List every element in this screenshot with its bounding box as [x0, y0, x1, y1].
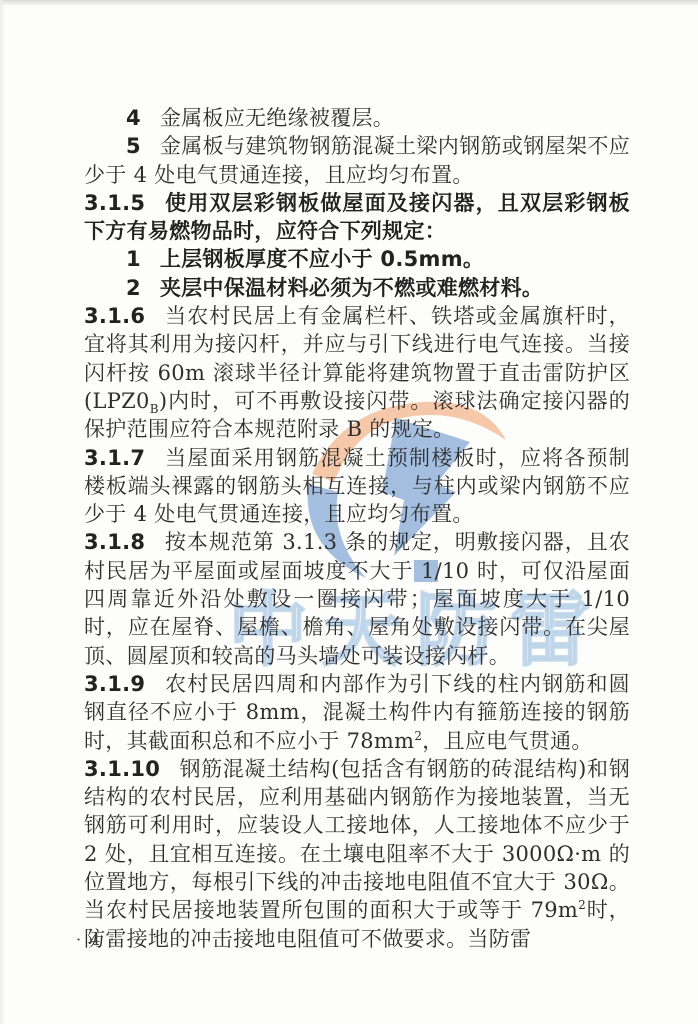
item-text: 使用双层彩钢板做屋面及接闪器，且双层彩钢板下方有易燃物品时，应符合下列规定：	[84, 191, 630, 243]
list-item-1: 1上层钢板厚度不应小于 0.5mm。	[84, 245, 630, 273]
list-item-4: 4金属板应无绝缘被覆层。	[84, 104, 630, 132]
item-number: 3.1.6	[84, 304, 145, 328]
item-number: 3.1.7	[84, 446, 145, 470]
clause-3.1.7: 3.1.7当屋面采用钢筋混凝土预制楼板时，应将各预制楼板端头裸露的钢筋头相互连接…	[84, 444, 630, 529]
item-number: 3.1.9	[84, 672, 145, 696]
item-number: 3.1.5	[84, 191, 145, 215]
document-page: 中天防雷 4金属板应无绝缘被覆层。5金属板与建筑物钢筋混凝土梁内钢筋或钢屋架不应…	[0, 0, 698, 1024]
item-text: 当屋面采用钢筋混凝土预制楼板时，应将各预制楼板端头裸露的钢筋头相互连接，与柱内或…	[84, 446, 630, 527]
page-number: · 4 ·	[76, 930, 117, 949]
item-text: 上层钢板厚度不应小于 0.5mm。	[160, 247, 484, 271]
scan-top-edge	[0, 0, 698, 6]
list-item-2: 2夹层中保温材料必须为不燃或难燃材料。	[84, 274, 630, 302]
document-body: 4金属板应无绝缘被覆层。5金属板与建筑物钢筋混凝土梁内钢筋或钢屋架不应少于 4 …	[84, 104, 630, 953]
item-text: 按本规范第 3.1.3 条的规定，明敷接闪器，且农村民居为平屋面或屋面坡度不大于…	[84, 530, 630, 667]
item-number: 3.1.10	[84, 757, 160, 781]
item-text: 当农村民居上有金属栏杆、铁塔或金属旗杆时，宜将其利用为接闪杆，并应与引下线进行电…	[84, 304, 630, 441]
item-text: 夹层中保温材料必须为不燃或难燃材料。	[160, 276, 543, 300]
list-item-5: 5金属板与建筑物钢筋混凝土梁内钢筋或钢屋架不应少于 4 处电气贯通连接，且应均匀…	[84, 132, 630, 189]
clause-3.1.5: 3.1.5使用双层彩钢板做屋面及接闪器，且双层彩钢板下方有易燃物品时，应符合下列…	[84, 189, 630, 246]
scan-left-edge	[0, 0, 5, 1024]
item-text: 农村民居四周和内部作为引下线的柱内钢筋和圆钢直径不应小于 8mm，混凝土构件内有…	[84, 672, 630, 753]
item-number: 2	[126, 276, 141, 300]
item-number: 5	[126, 134, 141, 158]
clause-3.1.9: 3.1.9农村民居四周和内部作为引下线的柱内钢筋和圆钢直径不应小于 8mm，混凝…	[84, 670, 630, 755]
clause-3.1.6: 3.1.6当农村民居上有金属栏杆、铁塔或金属旗杆时，宜将其利用为接闪杆，并应与引…	[84, 302, 630, 443]
item-number: 3.1.8	[84, 530, 145, 554]
item-number: 1	[126, 247, 141, 271]
item-number: 4	[126, 106, 141, 130]
clause-3.1.8: 3.1.8按本规范第 3.1.3 条的规定，明敷接闪器，且农村民居为平屋面或屋面…	[84, 528, 630, 669]
item-text: 金属板应无绝缘被覆层。	[160, 106, 394, 130]
clause-3.1.10: 3.1.10钢筋混凝土结构(包括含有钢筋的砖混结构)和钢结构的农村民居，应利用基…	[84, 755, 630, 953]
item-text: 钢筋混凝土结构(包括含有钢筋的砖混结构)和钢结构的农村民居，应利用基础内钢筋作为…	[84, 757, 630, 951]
item-text: 金属板与建筑物钢筋混凝土梁内钢筋或钢屋架不应少于 4 处电气贯通连接，且应均匀布…	[84, 134, 630, 186]
